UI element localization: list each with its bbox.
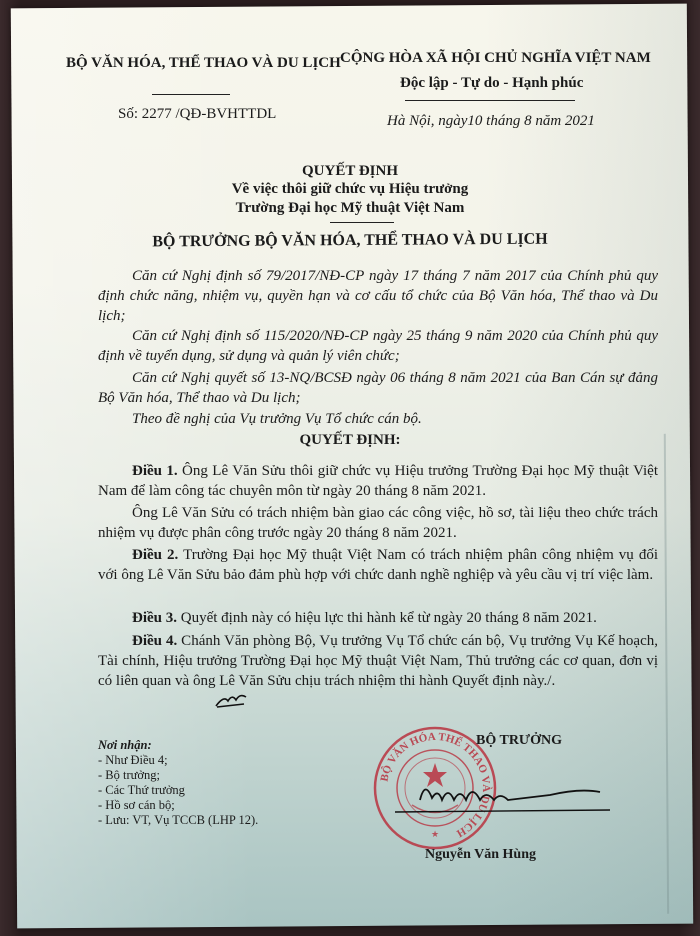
article-text: Quyết định này có hiệu lực thi hành kể t…: [177, 610, 597, 626]
document-title: QUYẾT ĐỊNH: [0, 163, 700, 180]
initials-mark-icon: [214, 691, 250, 709]
legal-basis-2: Căn cứ Nghị định số 115/2020/NĐ-CP ngày …: [98, 326, 658, 366]
divider: [152, 94, 230, 95]
legal-basis-text: Căn cứ Nghị quyết số 13-NQ/BCSĐ ngày 06 …: [98, 370, 658, 406]
article-text: Chánh Văn phòng Bộ, Vụ trưởng Vụ Tổ chức…: [98, 633, 658, 689]
national-title: CỘNG HÒA XÃ HỘI CHỦ NGHĨA VIỆT NAM: [340, 50, 651, 67]
divider: [330, 222, 394, 223]
document-subject-line-1: Về việc thôi giữ chức vụ Hiệu trưởng: [0, 181, 700, 198]
place-and-date: Hà Nội, ngày10 tháng 8 năm 2021: [387, 113, 595, 130]
article-4: Điều 4. Chánh Văn phòng Bộ, Vụ trưởng Vụ…: [98, 631, 658, 691]
article-text: Ông Lê Văn Sửu thôi giữ chức vụ Hiệu trư…: [98, 463, 658, 499]
svg-text:★: ★: [431, 829, 439, 839]
recipient-item: - Lưu: VT, Vụ TCCB (LHP 12).: [98, 813, 258, 828]
legal-basis-1: Căn cứ Nghị định số 79/2017/NĐ-CP ngày 1…: [98, 266, 658, 326]
legal-basis-4: Theo đề nghị của Vụ trưởng Vụ Tổ chức cá…: [98, 409, 658, 429]
article-2: Điều 2. Trường Đại học Mỹ thuật Việt Nam…: [98, 545, 658, 585]
recipient-item: - Như Điều 4;: [98, 753, 258, 768]
legal-basis-text: Căn cứ Nghị định số 115/2020/NĐ-CP ngày …: [98, 328, 658, 364]
document-number: Số: 2277 /QĐ-BVHTTDL: [118, 106, 276, 123]
article-text: Ông Lê Văn Sửu có trách nhiệm bàn giao c…: [98, 505, 658, 541]
recipient-item: - Các Thứ trưởng: [98, 783, 258, 798]
article-text: Trường Đại học Mỹ thuật Việt Nam có trác…: [98, 547, 658, 583]
signer-role: BỘ TRƯỞNG: [476, 733, 562, 749]
legal-basis-text: Căn cứ Nghị định số 79/2017/NĐ-CP ngày 1…: [98, 268, 658, 324]
article-label: Điều 3.: [132, 610, 177, 626]
recipients-heading: Nơi nhận:: [98, 738, 258, 753]
article-1-handover: Ông Lê Văn Sửu có trách nhiệm bàn giao c…: [98, 503, 658, 543]
legal-basis-text: Theo đề nghị của Vụ trưởng Vụ Tổ chức cá…: [132, 411, 422, 427]
article-label: Điều 4.: [132, 633, 177, 649]
national-motto: Độc lập - Tự do - Hạnh phúc: [400, 75, 583, 92]
decision-heading: QUYẾT ĐỊNH:: [0, 432, 700, 449]
article-label: Điều 2.: [132, 547, 178, 563]
recipient-item: - Hồ sơ cán bộ;: [98, 798, 258, 813]
article-1: Điều 1. Ông Lê Văn Sửu thôi giữ chức vụ …: [98, 461, 658, 501]
issuing-organization: BỘ VĂN HÓA, THỂ THAO VÀ DU LỊCH: [66, 55, 341, 72]
document-subject-line-2: Trường Đại học Mỹ thuật Việt Nam: [0, 200, 700, 217]
recipient-item: - Bộ trưởng;: [98, 768, 258, 783]
legal-basis-3: Căn cứ Nghị quyết số 13-NQ/BCSĐ ngày 06 …: [98, 368, 658, 408]
recipients-block: Nơi nhận: - Như Điều 4; - Bộ trưởng; - C…: [98, 738, 258, 828]
paper-fold: [664, 434, 669, 914]
signer-name: Nguyễn Văn Hùng: [425, 847, 536, 863]
handwritten-signature-icon: [390, 770, 620, 820]
article-label: Điều 1.: [132, 463, 178, 479]
divider: [405, 100, 575, 101]
article-3: Điều 3. Quyết định này có hiệu lực thi h…: [98, 608, 658, 628]
